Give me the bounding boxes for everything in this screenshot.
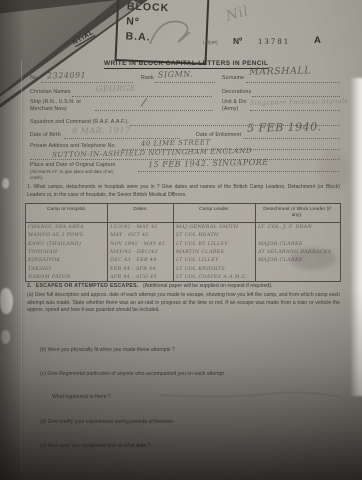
table-cell <box>256 231 338 239</box>
table-cell <box>256 273 338 281</box>
capture-rule <box>138 170 340 172</box>
table-cell: TAKSHO <box>26 265 108 273</box>
col-header-leader: Camp Leader. <box>174 204 256 222</box>
ship-value: / <box>141 96 147 109</box>
decorations-label: Decorations <box>222 89 251 96</box>
rank-label: Rank <box>141 75 154 82</box>
camps-table: Camp or Hospital. Dates. Camp Leader. De… <box>25 203 341 282</box>
paper-tear-highlight-small <box>2 178 9 189</box>
surname-label: Surname <box>222 75 244 82</box>
enlistment-value: 5 FEB 1940. <box>247 120 322 135</box>
table-cell: 15/2/42 - MAY 42 <box>108 223 174 231</box>
question-e-text: (e) How were you recaptured and on what … <box>40 443 320 451</box>
address-label: Private Address and Telephone No. <box>30 143 116 150</box>
col-header-camp: Camp or Hospital. <box>26 204 108 222</box>
table-cell: FEB 44 - APR 44 <box>108 265 174 273</box>
table-cell: MARTIN CLARKE <box>174 248 256 256</box>
table-cell: LT COL LILLEY <box>174 256 256 264</box>
unit-value: Singapore Fortress Signals <box>250 98 348 107</box>
unit-label: Unit & Div. (Army) <box>222 99 250 112</box>
squadron-label: Squadron and Command (R.A.F. A.A.F.). <box>30 119 129 126</box>
table-cell: LT COL HEATH <box>174 231 256 239</box>
date-of-birth-value: 9 MAR. 1917 <box>72 125 131 135</box>
question-1-text: 1. What camps, detachments or hospitals … <box>27 184 340 199</box>
table-cell: TONCHAN <box>26 248 108 256</box>
table-cell: MAJ GENERAL SMITH <box>174 223 256 231</box>
serial-suffix: A <box>314 35 321 46</box>
table-cell: DEC 43 - FEB 44 <box>108 256 174 264</box>
decorations-rule <box>252 95 340 97</box>
smudge-stain <box>290 248 336 270</box>
unit-rule <box>250 109 340 111</box>
surname-rule <box>246 81 340 83</box>
section-2-heading-line: 2. ESCAPES OR ATTEMPTED ESCAPES. (Additi… <box>27 283 340 289</box>
serial-no-label: Nº <box>233 36 242 46</box>
rank-value: SIGMN. <box>158 70 193 80</box>
col-header-detachment: Detachment or Block Leader (if any). <box>256 204 338 222</box>
table-cell: LT COL BT LILLEY <box>174 240 256 248</box>
section-2a-text: (a) Give full description and approx. da… <box>27 292 340 315</box>
capture-label: Place and Date of Original Capture <box>30 162 138 169</box>
no-rule <box>41 81 133 83</box>
question-c-text: (c) Give Regimental particulars of anyon… <box>40 371 330 379</box>
camps-table-header: Camp or Hospital. Dates. Camp Leader. De… <box>26 204 340 223</box>
table-cell: WAMPO AS 2 POWS <box>26 231 108 239</box>
block-number-stamp: BLOCK Nº B.A. <box>115 0 210 65</box>
capture-value: 15 FEB 1942. SINGAPORE <box>148 158 269 170</box>
serial-number: 13781 <box>258 36 290 46</box>
nil-handwritten-note: Nil <box>224 3 250 25</box>
smudge-stain-2 <box>318 150 348 190</box>
no-value: 2324091 <box>47 71 86 81</box>
christian-names-value: GEORGE <box>96 84 136 94</box>
ship-label: Ship (R.N., U.S.N. or Merchant Navy <box>30 99 92 112</box>
scanner-edge-right <box>350 78 362 396</box>
rank-rule <box>155 81 215 83</box>
block-capitals-instruction: WRITE IN BLOCK CAPITAL LETTERS IN PENCIL <box>104 60 268 69</box>
table-cell: LT COL COATES A.A.M.C. <box>174 273 256 281</box>
date-of-birth-label: Date of Birth <box>30 132 61 139</box>
question-d-text: (d) Give briefly your experiences during… <box>40 419 320 427</box>
stamp-line-ba: B.A. <box>125 30 206 49</box>
table-cell: NOV 1942 - MAY 43 <box>108 240 174 248</box>
surname-value: MARSHALL <box>249 65 311 77</box>
paper-crease <box>21 60 23 480</box>
table-cell: MAY/43 - DEC/43 <box>108 248 174 256</box>
capture-label-note: (Aircrew R.A.F. to give place and date o… <box>30 169 125 180</box>
christian-names-label: Christian Names <box>30 89 71 96</box>
table-cell: CHANGI, SEA AREA <box>26 223 108 231</box>
question-b-text: (b) Were you physically fit when you mad… <box>40 347 320 355</box>
enlistment-rule <box>243 137 340 139</box>
paper-tear-highlight-lower <box>1 330 10 344</box>
question-c2-text: What happened to them ? <box>52 394 252 402</box>
address-value-line1: 40 LIME STREET <box>141 138 211 147</box>
table-cell: MAY - OCT 42 <box>108 231 174 239</box>
no-label: No. <box>30 75 39 82</box>
table-cell: MAJOR CLARKE <box>256 240 338 248</box>
table-cell: NAKOM PATON <box>26 273 108 281</box>
section-2-heading: ESCAPES OR ATTEMPTED ESCAPES. <box>36 283 139 289</box>
table-cell: LT COL KNIGHTS <box>174 265 256 273</box>
col-header-dates: Dates. <box>108 204 174 222</box>
table-cell: LT. COL. J. F. DEAN <box>256 223 338 231</box>
paper-tear-highlight <box>0 288 13 314</box>
ship-rule <box>95 109 213 111</box>
scan-shadow-bottom <box>0 290 362 480</box>
section-2-heading-note: (Additional paper will be supplied on re… <box>143 283 272 289</box>
section-2-number: 2. <box>27 283 31 289</box>
table-cell: APR 44 - AUG 45 <box>108 273 174 281</box>
table-cell: KANU (THAILAND) <box>26 240 108 248</box>
table-cell: KINSAIYOK <box>26 256 108 264</box>
form-code: I.9/(AP) <box>203 40 218 46</box>
scanned-pow-questionnaire-page: NTIAL BLOCK Nº B.A. Nil I.9/(AP) Nº 1378… <box>0 0 362 480</box>
